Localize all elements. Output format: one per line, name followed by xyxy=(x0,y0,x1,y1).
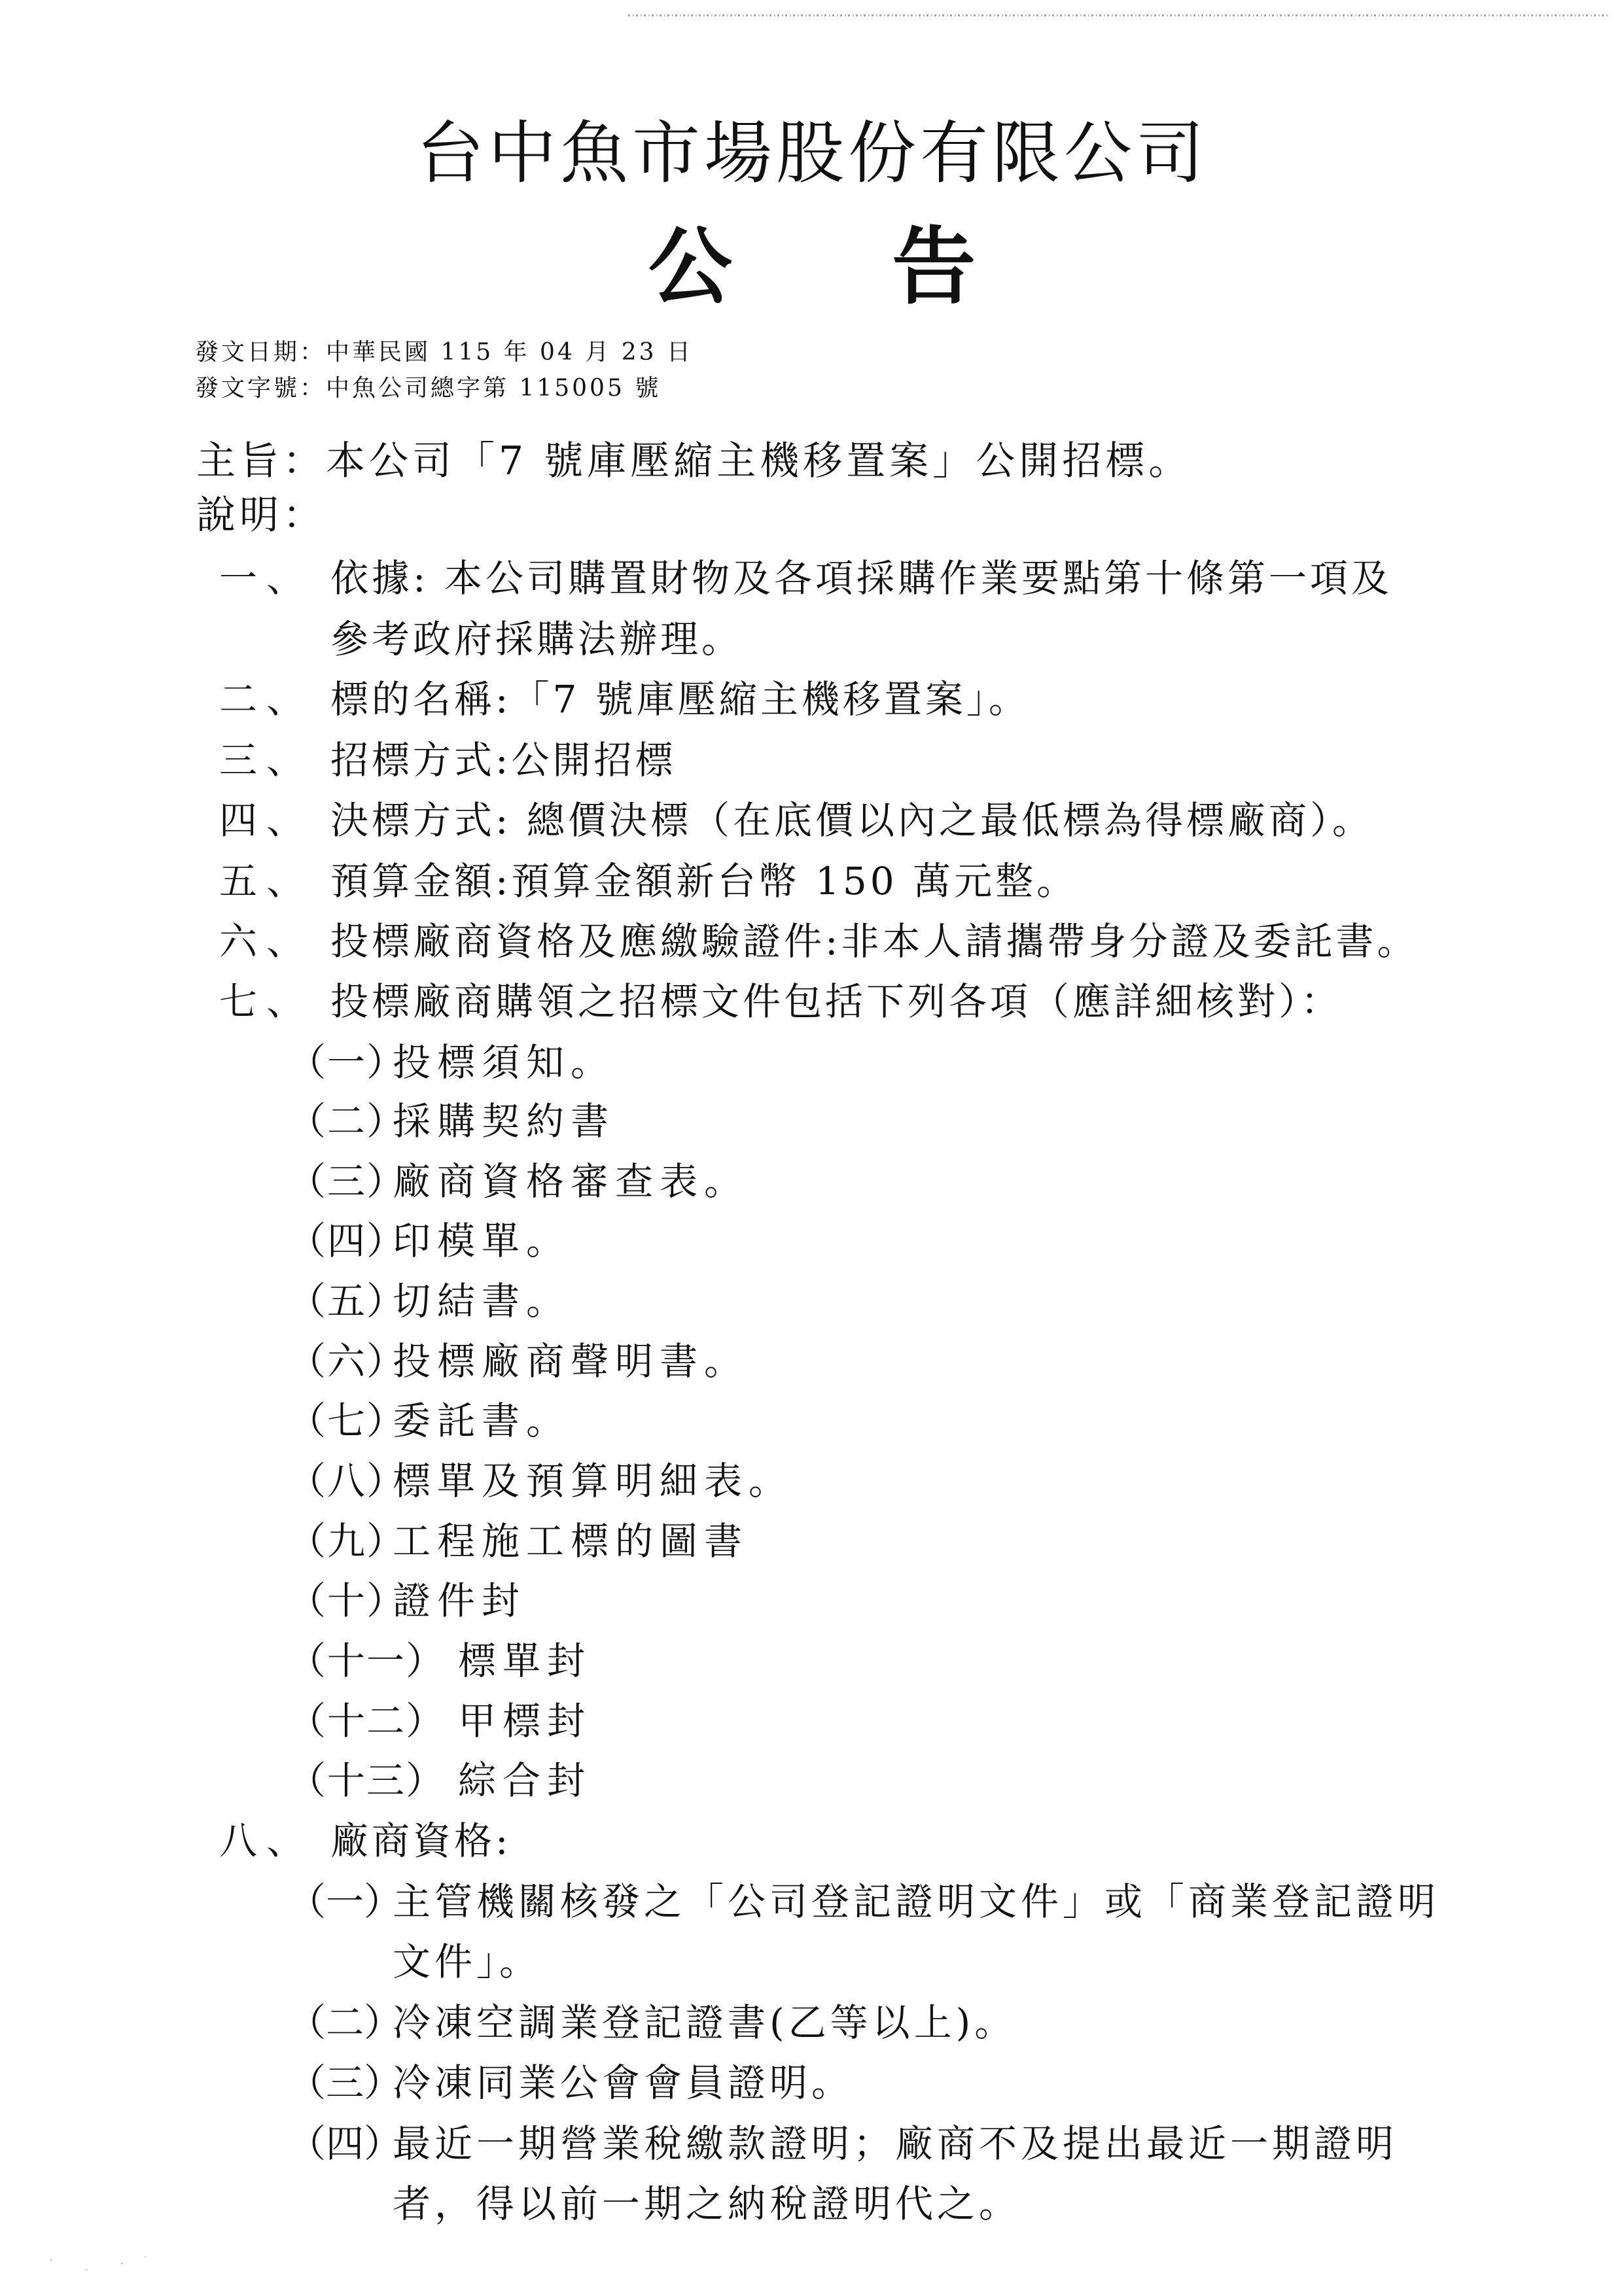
list-item-text: 廠商資格審查表。 xyxy=(393,1162,749,1200)
section-number: 二、 xyxy=(219,680,313,718)
section-number: 一、 xyxy=(219,559,313,597)
list-item-number: （五） xyxy=(288,1282,406,1320)
section-text: 預算金額:預算金額新台幣 150 萬元整。 xyxy=(330,862,1078,900)
section-number: 七、 xyxy=(219,983,313,1020)
scan-artifact-specks xyxy=(39,2250,157,2283)
section-text: 參考政府採購法辦理。 xyxy=(330,620,743,658)
list-item-number: （八） xyxy=(288,1462,406,1500)
list-item-text: 證件封 xyxy=(393,1582,526,1620)
list-item-number: （六） xyxy=(288,1342,406,1380)
list-item-text: 委託書。 xyxy=(393,1402,571,1440)
qualification-text: 文件」。 xyxy=(393,1943,541,1981)
qualification-text: 冷凍同業公會會員證明。 xyxy=(393,2064,853,2102)
subject-line: 主旨：本公司「7 號庫壓縮主機移置案」公開招標。 xyxy=(196,442,1192,481)
list-item-text: 投標須知。 xyxy=(393,1043,615,1081)
list-item-number: （七） xyxy=(288,1402,406,1440)
section-text: 廠商資格: xyxy=(330,1822,512,1860)
list-item-number: （十二） xyxy=(288,1702,445,1740)
list-item-text: 標單及預算明細表。 xyxy=(393,1462,793,1500)
section-number: 六、 xyxy=(219,922,313,960)
qualification-number: （二） xyxy=(288,2004,402,2042)
list-item-text: 綜合封 xyxy=(458,1762,591,1800)
section-number: 八、 xyxy=(219,1822,313,1860)
list-item-text: 投標廠商聲明書。 xyxy=(393,1342,749,1380)
section-text: 標的名稱:「7 號庫壓縮主機移置案」。 xyxy=(330,680,1030,718)
company-name: 台中魚市場股份有限公司 xyxy=(0,98,1624,196)
list-item-text: 印模單。 xyxy=(393,1222,571,1260)
list-item-number: （三） xyxy=(288,1162,406,1200)
qualification-number: （一） xyxy=(288,1883,402,1921)
section-text: 投標廠商資格及應繳驗證件:非本人請攜帶身分證及委託書。 xyxy=(330,922,1419,960)
issue-date: 發文日期：中華民國 115 年 04 月 23 日 xyxy=(195,334,693,367)
section-number: 五、 xyxy=(219,862,313,900)
list-item-number: （九） xyxy=(288,1522,406,1560)
qualification-number: （三） xyxy=(288,2064,402,2102)
list-item-number: （四） xyxy=(288,1222,406,1260)
section-text: 投標廠商購領之招標文件包括下列各項（應詳細核對）： xyxy=(330,983,1342,1020)
qualification-text: 主管機關核發之「公司登記證明文件」或「商業登記證明 xyxy=(393,1883,1439,1921)
list-item-number: （十三） xyxy=(288,1762,445,1800)
list-item-number: （一） xyxy=(288,1043,406,1081)
qualification-number: （四） xyxy=(288,2125,402,2163)
list-item-text: 採購契約書 xyxy=(393,1102,615,1140)
qualification-text: 冷凍空調業登記證書(乙等以上)。 xyxy=(393,2004,1016,2042)
issue-reference-number: 發文字號：中魚公司總字第 115005 號 xyxy=(195,370,661,403)
section-text: 決標方式: 總價決標（在底價以內之最低標為得標廠商）。 xyxy=(330,801,1373,839)
qualification-text: 者，得以前一期之納稅證明代之。 xyxy=(393,2185,1021,2223)
list-item-number: （二） xyxy=(288,1102,406,1140)
list-item-number: （十一） xyxy=(288,1642,445,1680)
section-number: 四、 xyxy=(219,801,313,839)
section-text: 招標方式:公開招標 xyxy=(330,741,677,779)
section-number: 三、 xyxy=(219,741,313,779)
qualification-text: 最近一期營業稅繳款證明；廠商不及提出最近一期證明 xyxy=(393,2125,1398,2163)
list-item-text: 工程施工標的圖書 xyxy=(393,1522,749,1560)
section-text: 依據: 本公司購置財物及各項採購作業要點第十條第一項及 xyxy=(330,559,1392,597)
document-heading: 公 告 xyxy=(0,200,1624,320)
list-item-text: 標單封 xyxy=(458,1642,591,1680)
list-item-text: 切結書。 xyxy=(393,1282,571,1320)
scan-artifact-line xyxy=(628,14,1610,16)
explanation-label: 說明： xyxy=(196,496,326,535)
list-item-text: 甲標封 xyxy=(458,1702,591,1740)
list-item-number: （十） xyxy=(288,1582,406,1620)
